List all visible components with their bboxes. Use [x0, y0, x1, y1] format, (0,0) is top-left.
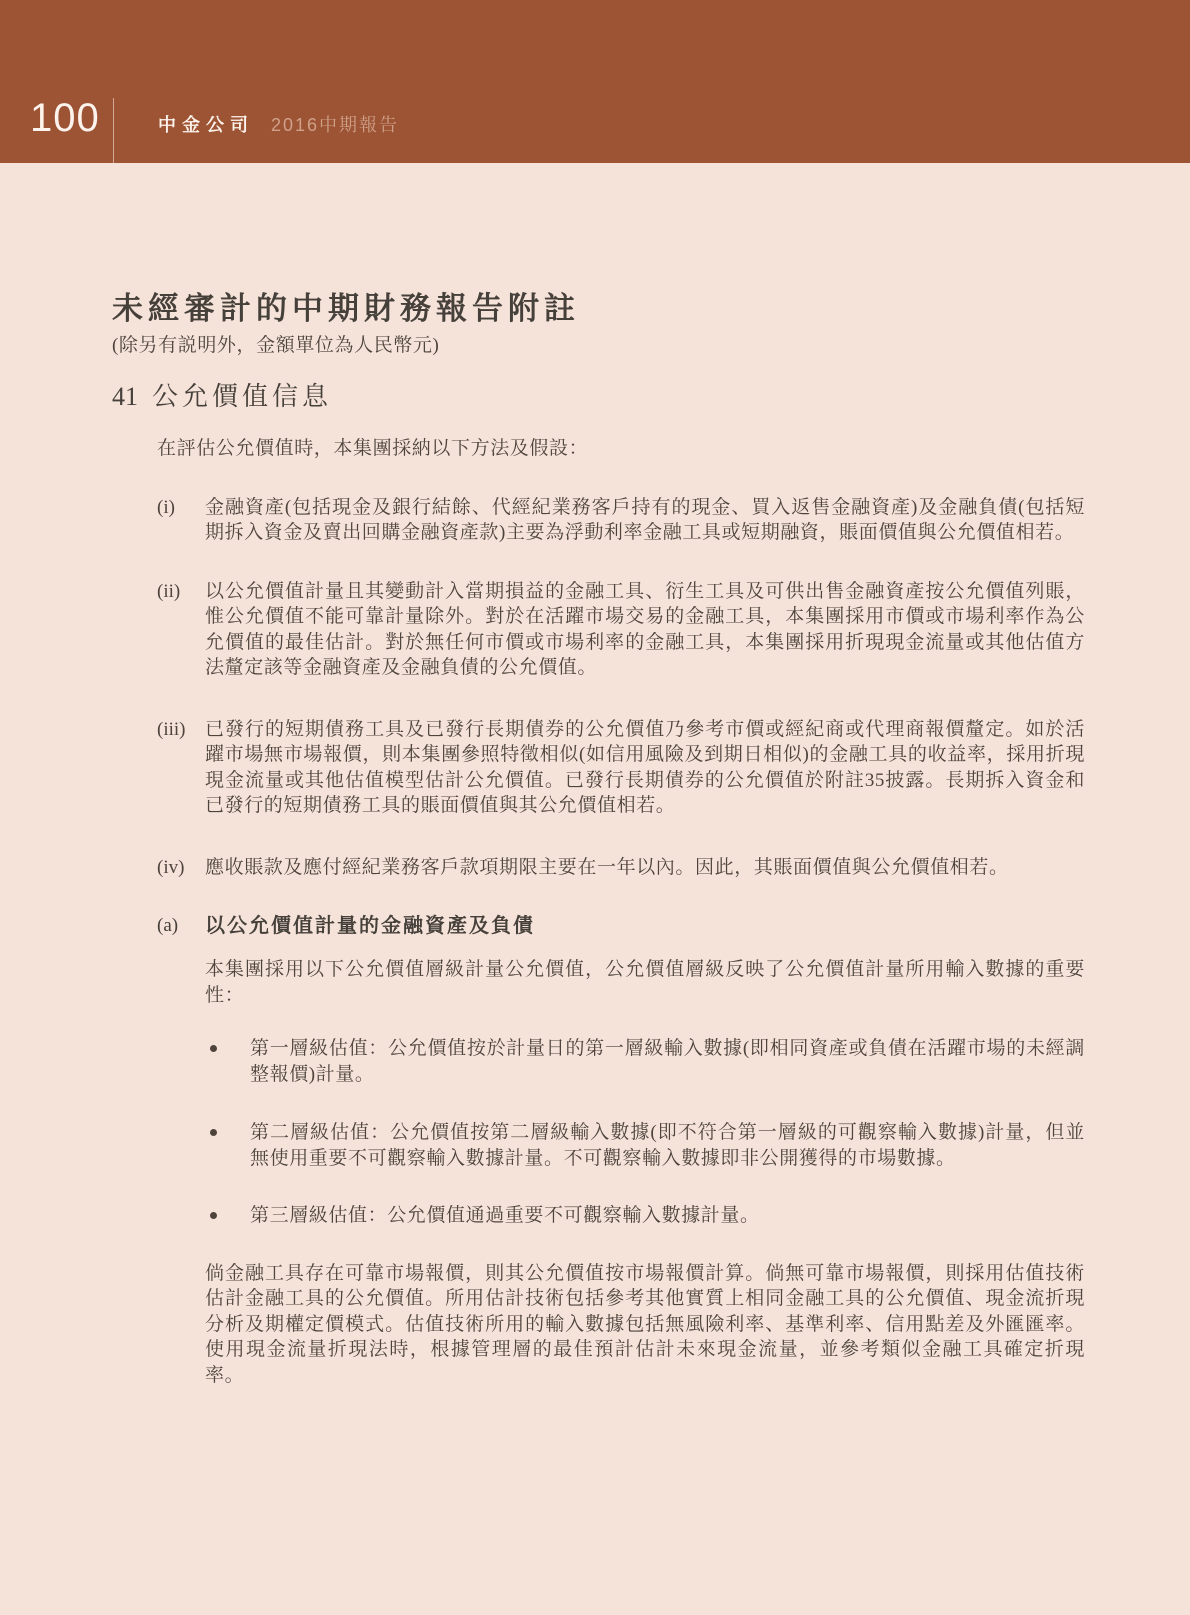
list-text-iv: 應收賬款及應付經紀業務客戶款項期限主要在一年以內。因此，其賬面價值與公允價值相若… [205, 855, 1085, 881]
list-marker-ii: (ii) [157, 579, 180, 605]
page-number: 100 [30, 96, 100, 140]
document-body: 未經審計的中期財務報告附註 (除另有説明外，金額單位為人民幣元) 41 公允價值… [0, 163, 1190, 1388]
list-item-ii: (ii) 以公允價值計量且其變動計入當期損益的金融工具、衍生工具及可供出售金融資… [157, 579, 1085, 681]
bullet-level-1: 第一層級估值：公允價值按於計量日的第一層級輸入數據(即相同資產或負債在活躍市場的… [208, 1036, 1085, 1087]
bullet-level-2: 第二層級估值：公允價值按第二層級輸入數據(即不符合第一層級的可觀察輸入數據)計量… [208, 1120, 1085, 1171]
bullet-text-level-3: 第三層級估值：公允價值通過重要不可觀察輸入數據計量。 [250, 1203, 1085, 1229]
list-marker-iii: (iii) [157, 717, 186, 743]
section-intro: 在評估公允價值時，本集團採納以下方法及假設： [157, 436, 1085, 462]
section-title: 公允價值信息 [152, 381, 332, 413]
header-divider [113, 98, 114, 163]
company-name: 中金公司 [158, 115, 254, 135]
list-text-i: 金融資產(包括現金及銀行結餘、代經紀業務客戶持有的現金、買入返售金融資產)及金融… [205, 495, 1085, 546]
page-header-band: 100 中金公司 2016中期報告 [0, 0, 1190, 163]
list-item-iv: (iv) 應收賬款及應付經紀業務客戶款項期限主要在一年以內。因此，其賬面價值與公… [157, 855, 1085, 881]
list-marker-i: (i) [157, 495, 175, 521]
section-number: 41 [112, 381, 152, 413]
subsection-marker: (a) [157, 913, 178, 939]
section-heading: 41 公允價值信息 [112, 381, 1085, 413]
document-title: 未經審計的中期財務報告附註 [112, 289, 1085, 329]
header-text-group: 中金公司 2016中期報告 [158, 115, 399, 135]
list-item-i: (i) 金融資產(包括現金及銀行結餘、代經紀業務客戶持有的現金、買入返售金融資產… [157, 495, 1085, 546]
subsection-intro: 本集團採用以下公允價值層級計量公允價值，公允價值層級反映了公允價值計量所用輸入數… [205, 957, 1085, 1008]
bullet-text-level-1: 第一層級估值：公允價值按於計量日的第一層級輸入數據(即相同資產或負債在活躍市場的… [250, 1036, 1085, 1087]
bullet-text-level-2: 第二層級估值：公允價值按第二層級輸入數據(即不符合第一層級的可觀察輸入數據)計量… [250, 1120, 1085, 1171]
list-marker-iv: (iv) [157, 855, 184, 881]
list-text-iii: 已發行的短期債務工具及已發行長期債券的公允價值乃參考市價或經紀商或代理商報價釐定… [205, 717, 1085, 819]
report-page: 100 中金公司 2016中期報告 未經審計的中期財務報告附註 (除另有説明外，… [0, 0, 1190, 1615]
subsection-heading: (a) 以公允價值計量的金融資產及負債 [157, 913, 1085, 939]
list-item-iii: (iii) 已發行的短期債務工具及已發行長期債券的公允價值乃參考市價或經紀商或代… [157, 717, 1085, 819]
subsection-closing: 倘金融工具存在可靠市場報價，則其公允價值按市場報價計算。倘無可靠市場報價，則採用… [205, 1261, 1085, 1389]
subsection-title: 以公允價值計量的金融資產及負債 [205, 915, 535, 937]
bullet-level-3: 第三層級估值：公允價值通過重要不可觀察輸入數據計量。 [208, 1203, 1085, 1229]
bullet-icon [210, 1129, 217, 1136]
bullet-icon [210, 1045, 217, 1052]
document-subtitle: (除另有説明外，金額單位為人民幣元) [112, 334, 1085, 358]
bullet-icon [210, 1212, 217, 1219]
list-text-ii: 以公允價值計量且其變動計入當期損益的金融工具、衍生工具及可供出售金融資產按公允價… [205, 579, 1085, 681]
report-title: 2016中期報告 [271, 115, 399, 135]
